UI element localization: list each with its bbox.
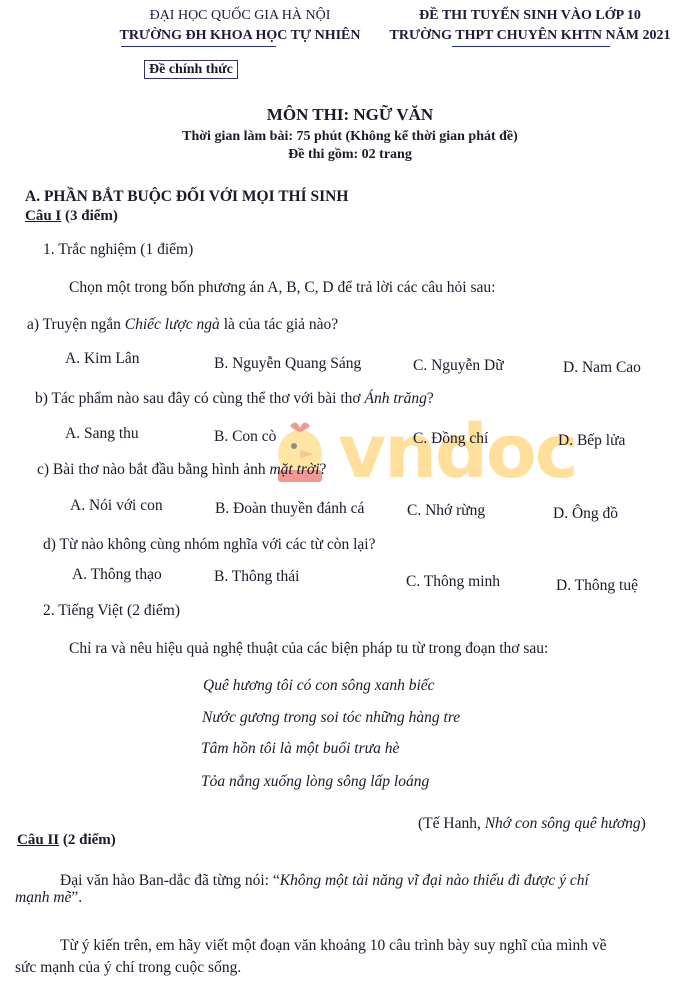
quote-intro: Đại văn hào Ban-dắc đã từng nói: “ — [60, 872, 280, 889]
poem-line-2: Nước gương trong soi tóc những hàng tre — [202, 709, 460, 727]
option-c-c: C. Nhớ rừng — [407, 502, 485, 520]
part-2-instruction: Chỉ ra và nêu hiệu quả nghệ thuật của cá… — [69, 640, 548, 658]
poem-source: (Tế Hanh, Nhớ con sông quê hương) — [418, 815, 646, 833]
option-d-c: C. Thông minh — [406, 573, 500, 591]
question-2-para-2-line-2: sức mạnh của ý chí trong cuộc sống. — [15, 959, 241, 977]
poem-line-4: Tỏa nắng xuống lòng sông lấp loáng — [201, 773, 429, 791]
question-c-title: mặt trời — [269, 461, 319, 478]
subject-title: MÔN THI: NGỮ VĂN — [0, 105, 700, 125]
option-d-b: B. Thông thái — [214, 568, 299, 586]
question-2-para-2-line-1: Từ ý kiến trên, em hãy viết một đoạn văn… — [60, 937, 606, 955]
option-c-d: D. Ông đồ — [553, 505, 618, 523]
part-1-heading: 1. Trắc nghiệm (1 điểm) — [43, 241, 193, 259]
question-b-title: Ánh trăng — [364, 390, 426, 407]
pages-text: Đề thi gồm: 02 trang — [0, 147, 700, 163]
question-c-suffix: ? — [320, 461, 327, 478]
exam-school: TRƯỜNG THPT CHUYÊN KHTN NĂM 2021 — [365, 28, 695, 44]
option-a-c: C. Nguyễn Dữ — [413, 357, 504, 375]
question-b: b) Tác phẩm nào sau đây có cùng thể thơ … — [35, 390, 434, 408]
question-2-heading: Câu II (2 điểm) — [17, 832, 116, 849]
option-a-d: D. Nam Cao — [563, 359, 641, 377]
exam-underline — [452, 46, 610, 47]
option-b-b: B. Con cò — [214, 428, 276, 446]
question-1-heading: Câu I (3 điểm) — [25, 208, 118, 225]
vndoc-watermark: vndoc — [270, 410, 570, 500]
duration-text: Thời gian làm bài: 75 phút (Không kể thờ… — [0, 129, 700, 145]
option-d-d: D. Thông tuệ — [556, 577, 638, 595]
question-d: d) Từ nào không cùng nhóm nghĩa với các … — [43, 536, 375, 554]
option-b-d: D. Bếp lửa — [558, 432, 625, 450]
question-b-prefix: b) Tác phẩm nào sau đây có cùng thể thơ … — [35, 390, 364, 407]
question-2-para-1-line-1: Đại văn hào Ban-dắc đã từng nói: “Không … — [60, 872, 589, 890]
option-a-b: B. Nguyễn Quang Sáng — [214, 355, 361, 373]
quote-close: ”. — [71, 889, 82, 906]
part-1-instruction: Chọn một trong bốn phương án A, B, C, D … — [69, 279, 495, 297]
option-a-a: A. Kim Lân — [65, 350, 139, 368]
option-d-a: A. Thông thạo — [72, 566, 162, 584]
question-a-suffix: là của tác giả nào? — [220, 316, 338, 333]
option-c-b: B. Đoàn thuyền đánh cá — [215, 500, 364, 518]
official-label: Đề chính thức — [144, 60, 238, 79]
question-c: c) Bài thơ nào bắt đầu bằng hình ảnh mặt… — [37, 461, 326, 479]
question-2-para-1-line-2: mạnh mẽ”. — [15, 889, 82, 907]
option-b-a: A. Sang thu — [65, 425, 139, 443]
question-a-prefix: a) Truyện ngắn — [27, 316, 125, 333]
question-1-label: Câu I — [25, 208, 61, 224]
quote-text-1: Không một tài năng vĩ đại nào thiếu đi đ… — [280, 872, 589, 889]
option-c-a: A. Nói với con — [70, 497, 163, 515]
question-2-label: Câu II — [17, 832, 59, 848]
university-name: ĐẠI HỌC QUỐC GIA HÀ NỘI — [75, 8, 405, 24]
question-a-title: Chiếc lược ngà — [125, 316, 220, 333]
question-2-points: (2 điểm) — [59, 832, 116, 848]
option-b-c: C. Đồng chí — [413, 430, 488, 448]
poem-line-1: Quê hương tôi có con sông xanh biếc — [203, 677, 435, 695]
school-name: TRƯỜNG ĐH KHOA HỌC TỰ NHIÊN — [75, 28, 405, 44]
watermark-text: vndoc — [338, 412, 577, 492]
part-2-heading: 2. Tiếng Việt (2 điểm) — [43, 602, 180, 620]
quote-text-2: mạnh mẽ — [15, 889, 71, 906]
exam-name: ĐỀ THI TUYỂN SINH VÀO LỚP 10 — [365, 8, 695, 24]
poem-source-close: ) — [641, 815, 646, 832]
question-a: a) Truyện ngắn Chiếc lược ngà là của tác… — [27, 316, 338, 334]
question-c-prefix: c) Bài thơ nào bắt đầu bằng hình ảnh — [37, 461, 269, 478]
section-a-heading: A. PHẦN BẮT BUỘC ĐỐI VỚI MỌI THÍ SINH — [25, 188, 348, 206]
school-underline — [121, 46, 276, 47]
question-b-suffix: ? — [427, 390, 434, 407]
question-1-points: (3 điểm) — [61, 208, 118, 224]
poem-author: (Tế Hanh, — [418, 815, 485, 832]
poem-line-3: Tâm hồn tôi là một buổi trưa hè — [201, 740, 399, 758]
poem-title: Nhớ con sông quê hương — [485, 815, 641, 832]
